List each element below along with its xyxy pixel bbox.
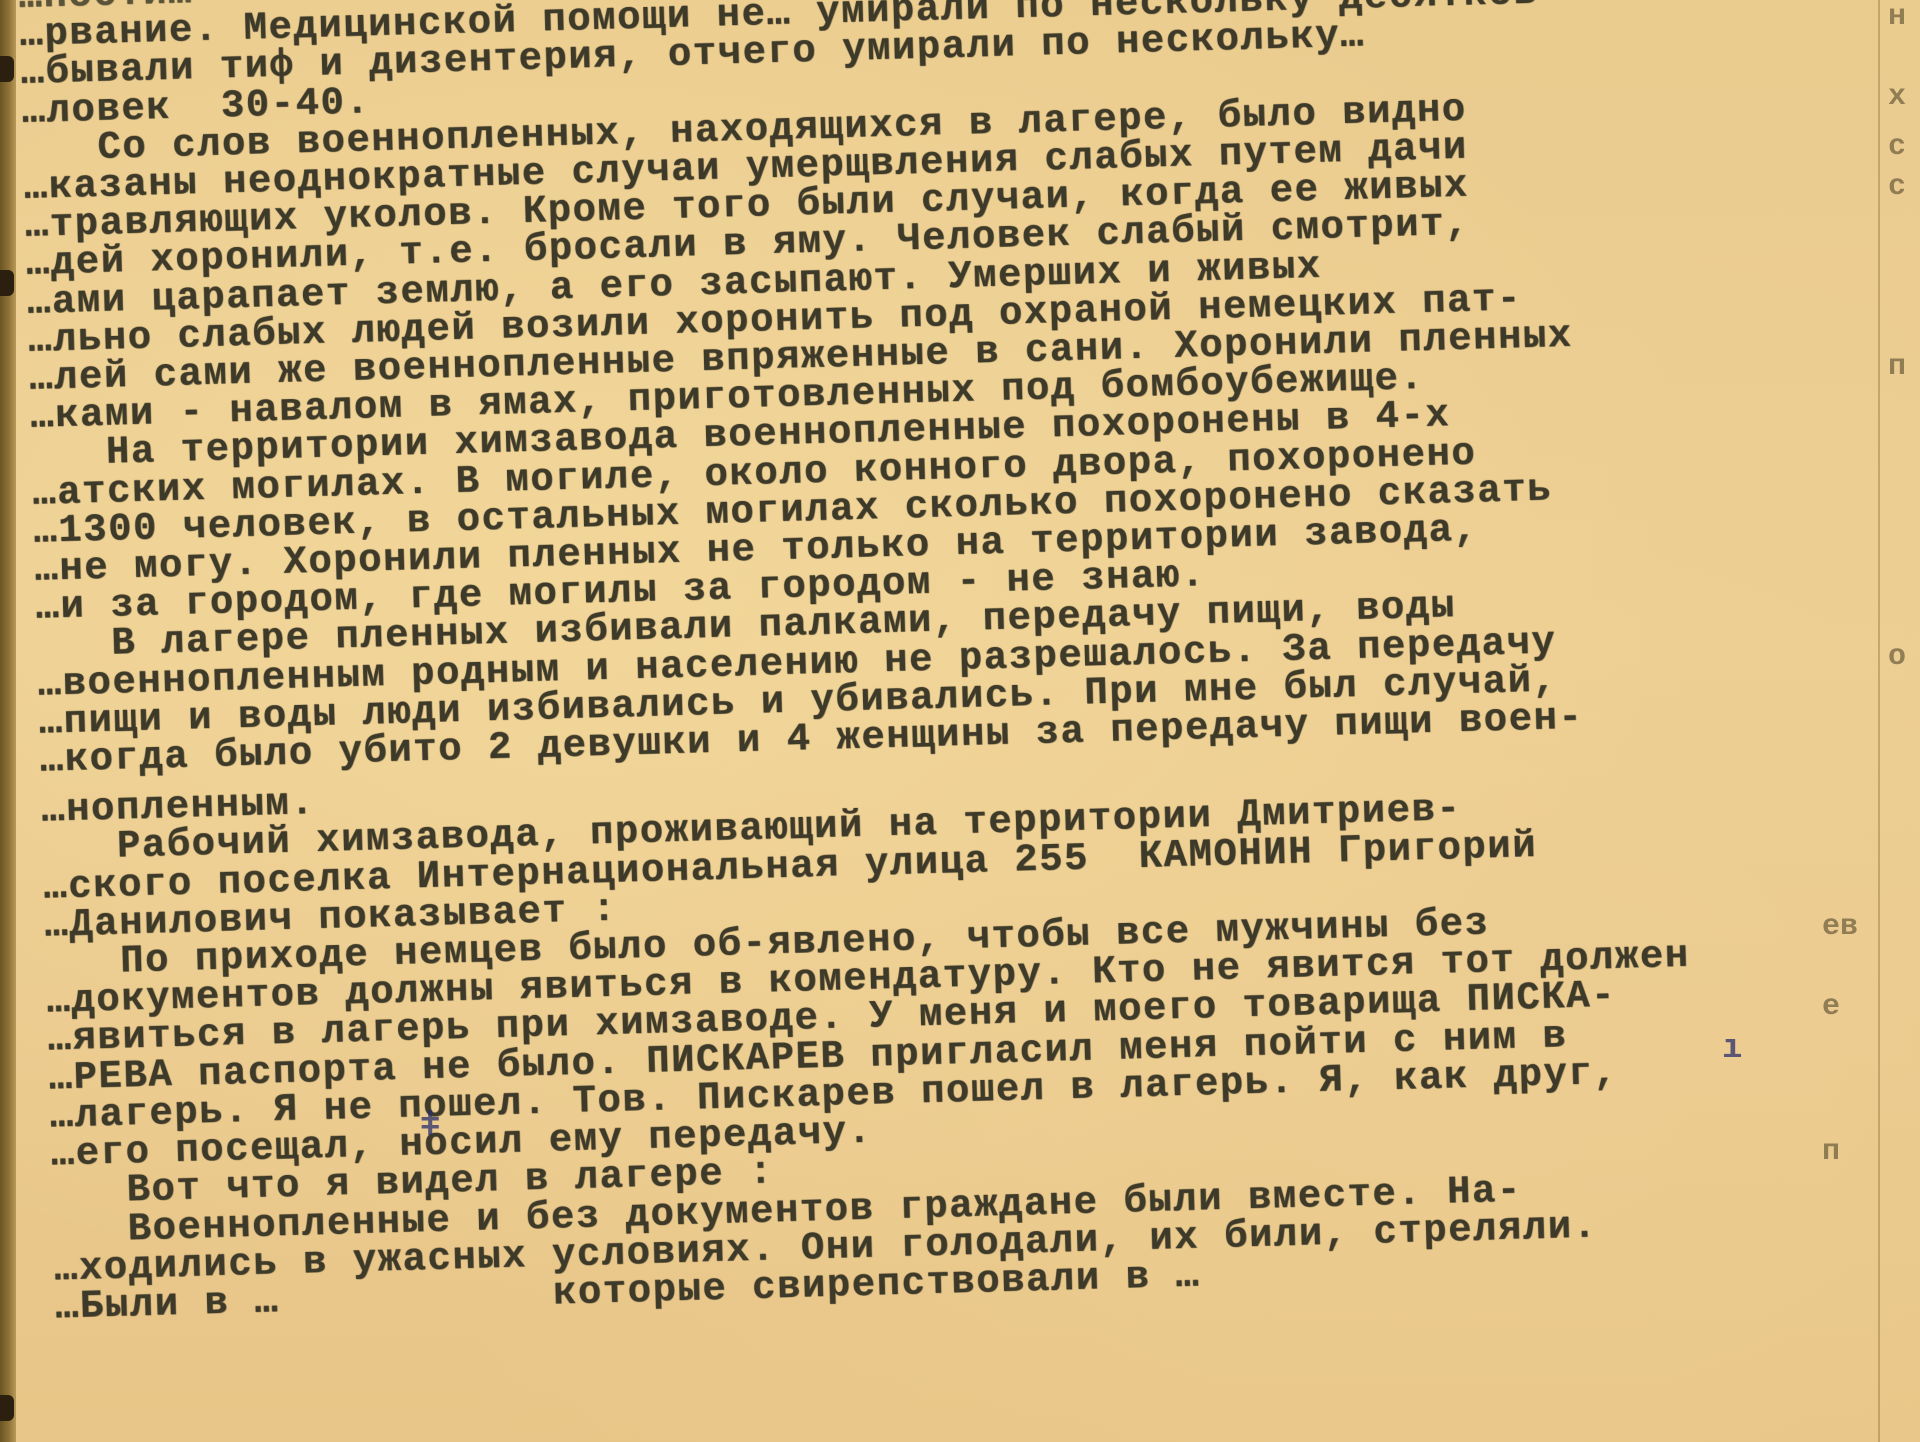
binding-hole-mark xyxy=(0,1395,14,1421)
page-binding-edge xyxy=(0,0,16,1442)
pen-correction-mark: ǂ xyxy=(420,1108,440,1146)
binding-hole-mark xyxy=(0,270,14,296)
pen-correction-mark: ı xyxy=(1722,1030,1742,1068)
scanned-document-page: н х с с п о ев е п …ноcти… медицинская п… xyxy=(0,0,1920,1442)
typewritten-text-body: …ноcти… медицинская помощь не оказывалас… xyxy=(18,0,1920,1327)
binding-hole-mark xyxy=(0,56,14,82)
